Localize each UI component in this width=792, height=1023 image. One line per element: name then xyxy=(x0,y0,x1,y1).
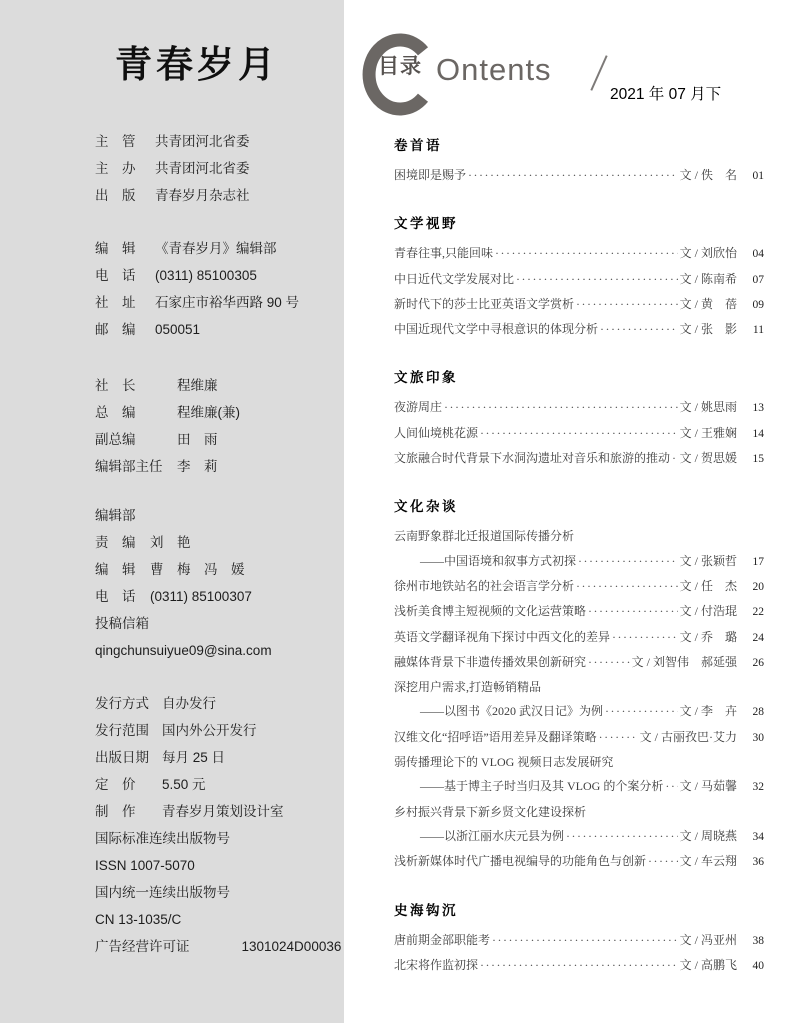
article-subtitle: ——以浙江丽水庆元县为例 xyxy=(420,824,564,848)
article-author: 文 / 周晓燕 xyxy=(680,824,737,848)
toc-item-subtitle-line: ——基于博主子时当归及其 VLOG 的个案分析文 / 马茹馨32 xyxy=(394,774,764,799)
toc-item-line: 青春往事,只能回味文 / 刘欣怡04 xyxy=(394,241,764,266)
toc-item: 中国近现代文学中寻根意识的体现分析文 / 张 影11 xyxy=(394,317,764,342)
toc-section: 文旅印象夜游周庄文 / 姚思雨13人间仙境桃花源文 / 王雅娴14文旅融合时代背… xyxy=(394,368,764,471)
toc-section: 文学视野青春往事,只能回味文 / 刘欣怡04中日近代文学发展对比文 / 陈南希0… xyxy=(394,214,764,342)
info-label: 出版日期 xyxy=(95,744,162,771)
toc-item-title-line: 弱传播理论下的 VLOG 视频日志发展研究 xyxy=(394,750,764,774)
toc-item-line: 唐前期金部职能考文 / 冯亚州38 xyxy=(394,928,764,953)
info-label: 编辑部主任 xyxy=(95,453,177,480)
info-label: 广告经营许可证 xyxy=(95,933,190,960)
toc-item: 浅析美食博主短视频的文化运营策略文 / 付浩琨22 xyxy=(394,599,764,624)
article-page-number: 22 xyxy=(746,600,764,624)
toc-item-title-line: 深挖用户需求,打造畅销精品 xyxy=(394,675,764,699)
info-value: 050051 xyxy=(155,316,200,343)
toc-list: 卷首语困境即是赐予文 / 佚 名01文学视野青春往事,只能回味文 / 刘欣怡04… xyxy=(394,136,764,978)
sidebar-info-row: 副总编田 雨 xyxy=(95,426,326,453)
info-label: 出 版 xyxy=(95,182,155,209)
info-value: 青春岁月策划设计室 xyxy=(162,798,284,825)
info-label: 总 编 xyxy=(95,399,177,426)
article-author: 文 / 任 杰 xyxy=(680,574,737,598)
dot-leader xyxy=(566,824,678,848)
article-author: 文 / 李 卉 xyxy=(680,699,737,723)
toc-item-line: 新时代下的莎士比亚英语文学赏析文 / 黄 蓓09 xyxy=(394,292,764,317)
toc-item-line: 浅析新媒体时代广播电视编导的功能角色与创新文 / 车云翔36 xyxy=(394,849,764,874)
toc-item-subtitle-line: ——以浙江丽水庆元县为例文 / 周晓燕34 xyxy=(394,824,764,849)
article-title: 困境即是赐予 xyxy=(394,163,466,187)
article-subtitle: ——以图书《2020 武汉日记》为例 xyxy=(420,699,603,723)
info-label: qingchunsuiyue09@sina.com xyxy=(95,637,272,664)
info-label: 责 编 xyxy=(95,529,150,556)
toc-content: 目录 Ontents 2021 年 07 月下 卷首语困境即是赐予文 / 佚 名… xyxy=(344,0,792,1023)
dot-leader xyxy=(648,849,678,873)
sidebar-info-row: 社 址石家庄市裕华西路 90 号 xyxy=(95,289,326,316)
sidebar-info-row: 社 长程维廉 xyxy=(95,372,326,399)
article-author: 文 / 付浩琨 xyxy=(680,599,737,623)
info-value: 曹 梅 冯 媛 xyxy=(150,556,245,583)
article-page-number: 13 xyxy=(746,396,764,420)
toc-item: 文旅融合时代背景下水洞沟遗址对音乐和旅游的推动文 / 贺思媛15 xyxy=(394,446,764,471)
info-value: 李 莉 xyxy=(177,453,218,480)
info-label: 国内统一连续出版物号 xyxy=(95,879,230,906)
toc-section: 史海钩沉唐前期金部职能考文 / 冯亚州38北宋将作监初探文 / 高鹏飞40 xyxy=(394,901,764,979)
article-title: 弱传播理论下的 VLOG 视频日志发展研究 xyxy=(394,750,613,774)
sidebar-info-row: 国际标准连续出版物号 xyxy=(95,825,326,852)
toc-item: 新时代下的莎士比亚英语文学赏析文 / 黄 蓓09 xyxy=(394,292,764,317)
dot-leader xyxy=(588,599,678,623)
dot-leader xyxy=(600,317,678,341)
sidebar-info-row: 邮 编050051 xyxy=(95,316,326,343)
toc-item-title-line: 乡村振兴背景下新乡贤文化建设探析 xyxy=(394,800,764,824)
sidebar-info-row: 编 辑《青春岁月》编辑部 xyxy=(95,235,326,262)
article-title: 汉维文化“招呼语”语用差异及翻译策略 xyxy=(394,725,597,749)
magazine-title: 青春岁月 xyxy=(115,46,326,86)
dot-leader xyxy=(516,267,678,291)
toc-section: 文化杂谈云南野象群北迁报道国际传播分析——中国语境和叙事方式初探文 / 张颖哲1… xyxy=(394,497,764,874)
article-title: 浅析新媒体时代广播电视编导的功能角色与创新 xyxy=(394,849,646,873)
toc-item: 浅析新媒体时代广播电视编导的功能角色与创新文 / 车云翔36 xyxy=(394,849,764,874)
toc-section: 卷首语困境即是赐予文 / 佚 名01 xyxy=(394,136,764,188)
article-page-number: 24 xyxy=(746,626,764,650)
dot-leader xyxy=(492,928,678,952)
info-value: 5.50 元 xyxy=(162,771,206,798)
article-page-number: 11 xyxy=(746,318,764,342)
dot-leader xyxy=(480,953,678,977)
info-value: (0311) 85100307 xyxy=(150,583,252,610)
dot-leader xyxy=(468,163,678,187)
article-author: 文 / 黄 蓓 xyxy=(680,292,737,316)
article-title: 中日近代文学发展对比 xyxy=(394,267,514,291)
section-title: 文化杂谈 xyxy=(394,497,764,517)
dot-leader xyxy=(444,395,678,419)
article-title: 英语文学翻译视角下探讨中西文化的差异 xyxy=(394,625,610,649)
toc-item-line: 文旅融合时代背景下水洞沟遗址对音乐和旅游的推动文 / 贺思媛15 xyxy=(394,446,764,471)
toc-item-subtitle-line: ——中国语境和叙事方式初探文 / 张颖哲17 xyxy=(394,549,764,574)
info-value: 石家庄市裕华西路 90 号 xyxy=(155,289,299,316)
info-value: 田 雨 xyxy=(177,426,218,453)
issue-date: 2021 年 07 月下 xyxy=(610,82,721,104)
article-page-number: 01 xyxy=(746,164,764,188)
info-label: 副总编 xyxy=(95,426,177,453)
info-value: 自办发行 xyxy=(162,690,216,717)
article-author: 文 / 冯亚州 xyxy=(680,928,737,952)
toc-header: 目录 Ontents 2021 年 07 月下 xyxy=(344,0,792,136)
sidebar-info-row: 编 辑曹 梅 冯 媛 xyxy=(95,556,326,583)
toc-item: 中日近代文学发展对比文 / 陈南希07 xyxy=(394,267,764,292)
info-value: 程维廉 xyxy=(177,372,218,399)
toc-item-line: 徐州市地铁站名的社会语言学分析文 / 任 杰20 xyxy=(394,574,764,599)
info-value: (0311) 85100305 xyxy=(155,262,257,289)
masthead-info: 主 管共青团河北省委主 办共青团河北省委出 版青春岁月杂志社编 辑《青春岁月》编… xyxy=(95,128,326,960)
toc-item: 弱传播理论下的 VLOG 视频日志发展研究——基于博主子时当归及其 VLOG 的… xyxy=(394,750,764,800)
sidebar-info-row: 电 话(0311) 85100307 xyxy=(95,583,326,610)
article-title: 深挖用户需求,打造畅销精品 xyxy=(394,675,541,699)
toc-item-title-line: 云南野象群北迁报道国际传播分析 xyxy=(394,524,764,548)
info-value: 程维廉(兼) xyxy=(177,399,240,426)
article-author: 文 / 张颖哲 xyxy=(680,549,737,573)
info-label: 国际标准连续出版物号 xyxy=(95,825,230,852)
dot-leader xyxy=(599,725,638,749)
info-label: 社 长 xyxy=(95,372,177,399)
article-author: 文 / 贺思媛 xyxy=(680,446,737,470)
article-subtitle: ——基于博主子时当归及其 VLOG 的个案分析 xyxy=(420,774,663,798)
article-author: 文 / 王雅娴 xyxy=(680,421,737,445)
info-label: 邮 编 xyxy=(95,316,155,343)
dot-leader xyxy=(605,699,678,723)
info-label: 发行方式 xyxy=(95,690,162,717)
sidebar-info-row: qingchunsuiyue09@sina.com xyxy=(95,637,326,664)
article-page-number: 32 xyxy=(746,775,764,799)
article-page-number: 40 xyxy=(746,954,764,978)
article-subtitle: ——中国语境和叙事方式初探 xyxy=(420,549,576,573)
info-value: 每月 25 日 xyxy=(162,744,225,771)
sidebar-info-row: 编辑部主任李 莉 xyxy=(95,453,326,480)
toc-item: 汉维文化“招呼语”语用差异及翻译策略文 / 古丽孜巴·艾力30 xyxy=(394,725,764,750)
section-title: 史海钩沉 xyxy=(394,901,764,921)
info-label: 电 话 xyxy=(95,262,155,289)
info-value: 青春岁月杂志社 xyxy=(155,182,250,209)
sidebar-info-row: 制 作青春岁月策划设计室 xyxy=(95,798,326,825)
toc-item-line: 困境即是赐予文 / 佚 名01 xyxy=(394,163,764,188)
article-title: 人间仙境桃花源 xyxy=(394,421,478,445)
dot-leader xyxy=(576,292,678,316)
magazine-contents-page: 青春岁月 主 管共青团河北省委主 办共青团河北省委出 版青春岁月杂志社编 辑《青… xyxy=(0,0,792,1023)
sidebar-group: 社 长程维廉总 编程维廉(兼)副总编田 雨编辑部主任李 莉 xyxy=(95,372,326,480)
article-author: 文 / 陈南希 xyxy=(680,267,737,291)
info-value: 共青团河北省委 xyxy=(155,128,250,155)
sidebar-group: 主 管共青团河北省委主 办共青团河北省委出 版青春岁月杂志社 xyxy=(95,128,326,209)
article-title: 融媒体背景下非遗传播效果创新研究 xyxy=(394,650,586,674)
logo-label: 目录 xyxy=(378,50,422,80)
article-author: 文 / 刘欣怡 xyxy=(680,241,737,265)
sidebar-info-row: 电 话(0311) 85100305 xyxy=(95,262,326,289)
article-page-number: 38 xyxy=(746,929,764,953)
toc-item-line: 人间仙境桃花源文 / 王雅娴14 xyxy=(394,421,764,446)
sidebar-info-row: 定 价5.50 元 xyxy=(95,771,326,798)
toc-item: 融媒体背景下非遗传播效果创新研究文 / 刘智伟 郝延强26 xyxy=(394,650,764,675)
info-label: 社 址 xyxy=(95,289,155,316)
article-title: 徐州市地铁站名的社会语言学分析 xyxy=(394,574,574,598)
toc-item-line: 北宋将作监初探文 / 高鹏飞40 xyxy=(394,953,764,978)
article-title: 文旅融合时代背景下水洞沟遗址对音乐和旅游的推动 xyxy=(394,446,670,470)
article-title: 青春往事,只能回味 xyxy=(394,241,493,265)
sidebar-group: 编辑部责 编刘 艳编 辑曹 梅 冯 媛电 话(0311) 85100307投稿信… xyxy=(95,502,326,664)
info-label: 制 作 xyxy=(95,798,162,825)
article-title: 北宋将作监初探 xyxy=(394,953,478,977)
article-page-number: 20 xyxy=(746,575,764,599)
toc-item: 北宋将作监初探文 / 高鹏飞40 xyxy=(394,953,764,978)
info-label: 编 辑 xyxy=(95,235,155,262)
article-title: 乡村振兴背景下新乡贤文化建设探析 xyxy=(394,800,586,824)
info-label: 定 价 xyxy=(95,771,162,798)
sidebar-info-row: 广告经营许可证1301024D00036 xyxy=(95,933,326,960)
info-value: 刘 艳 xyxy=(150,529,191,556)
article-author: 文 / 古丽孜巴·艾力 xyxy=(640,725,737,749)
article-page-number: 34 xyxy=(746,825,764,849)
section-title: 卷首语 xyxy=(394,136,764,156)
toc-item-subtitle-line: ——以图书《2020 武汉日记》为例文 / 李 卉28 xyxy=(394,699,764,724)
article-title: 唐前期金部职能考 xyxy=(394,928,490,952)
info-label: 主 办 xyxy=(95,155,155,182)
sidebar-info-row: 主 管共青团河北省委 xyxy=(95,128,326,155)
dot-leader xyxy=(576,574,678,598)
sidebar-info-row: 出 版青春岁月杂志社 xyxy=(95,182,326,209)
toc-item-line: 浅析美食博主短视频的文化运营策略文 / 付浩琨22 xyxy=(394,599,764,624)
sidebar-group: 编 辑《青春岁月》编辑部电 话(0311) 85100305社 址石家庄市裕华西… xyxy=(95,235,326,343)
article-author: 文 / 刘智伟 郝延强 xyxy=(632,650,737,674)
info-value: 共青团河北省委 xyxy=(155,155,250,182)
toc-item: 人间仙境桃花源文 / 王雅娴14 xyxy=(394,421,764,446)
article-page-number: 28 xyxy=(746,700,764,724)
contents-word: Ontents xyxy=(436,52,552,88)
sidebar-info-row: 发行范围国内外公开发行 xyxy=(95,717,326,744)
toc-item-line: 融媒体背景下非遗传播效果创新研究文 / 刘智伟 郝延强26 xyxy=(394,650,764,675)
info-label: 编辑部 xyxy=(95,502,150,529)
article-page-number: 07 xyxy=(746,268,764,292)
toc-item-line: 夜游周庄文 / 姚思雨13 xyxy=(394,395,764,420)
toc-item: 徐州市地铁站名的社会语言学分析文 / 任 杰20 xyxy=(394,574,764,599)
sidebar-group: 发行方式自办发行发行范围国内外公开发行出版日期每月 25 日定 价5.50 元制… xyxy=(95,690,326,960)
article-page-number: 30 xyxy=(746,726,764,750)
info-value: 1301024D00036 xyxy=(242,933,342,960)
slash-divider xyxy=(590,55,607,91)
toc-item: 夜游周庄文 / 姚思雨13 xyxy=(394,395,764,420)
article-author: 文 / 马茹馨 xyxy=(680,774,737,798)
dot-leader xyxy=(495,241,678,265)
dot-leader xyxy=(588,650,630,674)
article-author: 文 / 乔 璐 xyxy=(680,625,737,649)
article-author: 文 / 姚思雨 xyxy=(680,395,737,419)
toc-item-line: 汉维文化“招呼语”语用差异及翻译策略文 / 古丽孜巴·艾力30 xyxy=(394,725,764,750)
article-page-number: 09 xyxy=(746,293,764,317)
dot-leader xyxy=(578,549,678,573)
sidebar-info-row: 发行方式自办发行 xyxy=(95,690,326,717)
sidebar-info-row: 编辑部 xyxy=(95,502,326,529)
toc-item: 深挖用户需求,打造畅销精品——以图书《2020 武汉日记》为例文 / 李 卉28 xyxy=(394,675,764,725)
toc-item-line: 英语文学翻译视角下探讨中西文化的差异文 / 乔 璐24 xyxy=(394,625,764,650)
sidebar-info-row: CN 13-1035/C xyxy=(95,906,326,933)
sidebar-info-row: 出版日期每月 25 日 xyxy=(95,744,326,771)
dot-leader xyxy=(665,774,677,798)
toc-item: 云南野象群北迁报道国际传播分析——中国语境和叙事方式初探文 / 张颖哲17 xyxy=(394,524,764,574)
info-value: 国内外公开发行 xyxy=(162,717,257,744)
toc-item: 青春往事,只能回味文 / 刘欣怡04 xyxy=(394,241,764,266)
info-label: 投稿信箱 xyxy=(95,610,150,637)
info-label: 主 管 xyxy=(95,128,155,155)
article-title: 云南野象群北迁报道国际传播分析 xyxy=(394,524,574,548)
article-page-number: 36 xyxy=(746,850,764,874)
toc-item-line: 中国近现代文学中寻根意识的体现分析文 / 张 影11 xyxy=(394,317,764,342)
info-label: 电 话 xyxy=(95,583,150,610)
info-label: 编 辑 xyxy=(95,556,150,583)
article-author: 文 / 佚 名 xyxy=(680,163,737,187)
toc-item: 英语文学翻译视角下探讨中西文化的差异文 / 乔 璐24 xyxy=(394,625,764,650)
article-author: 文 / 张 影 xyxy=(680,317,737,341)
toc-item: 唐前期金部职能考文 / 冯亚州38 xyxy=(394,928,764,953)
article-title: 新时代下的莎士比亚英语文学赏析 xyxy=(394,292,574,316)
sidebar-info-row: 国内统一连续出版物号 xyxy=(95,879,326,906)
toc-item: 困境即是赐予文 / 佚 名01 xyxy=(394,163,764,188)
article-page-number: 15 xyxy=(746,447,764,471)
info-label: ISSN 1007-5070 xyxy=(95,852,195,879)
sidebar-info-row: 总 编程维廉(兼) xyxy=(95,399,326,426)
sidebar-info-row: ISSN 1007-5070 xyxy=(95,852,326,879)
sidebar-info-row: 主 办共青团河北省委 xyxy=(95,155,326,182)
article-title: 浅析美食博主短视频的文化运营策略 xyxy=(394,599,586,623)
dot-leader xyxy=(612,625,678,649)
toc-item: 乡村振兴背景下新乡贤文化建设探析——以浙江丽水庆元县为例文 / 周晓燕34 xyxy=(394,800,764,850)
info-value: 《青春岁月》编辑部 xyxy=(155,235,277,262)
info-label: 发行范围 xyxy=(95,717,162,744)
sidebar-info-row: 责 编刘 艳 xyxy=(95,529,326,556)
section-title: 文旅印象 xyxy=(394,368,764,388)
dot-leader xyxy=(672,446,678,470)
toc-item-line: 中日近代文学发展对比文 / 陈南希07 xyxy=(394,267,764,292)
sidebar-info-row: 投稿信箱 xyxy=(95,610,326,637)
info-label: CN 13-1035/C xyxy=(95,906,181,933)
article-page-number: 26 xyxy=(746,651,764,675)
article-title: 夜游周庄 xyxy=(394,395,442,419)
article-page-number: 14 xyxy=(746,422,764,446)
dot-leader xyxy=(480,421,678,445)
section-title: 文学视野 xyxy=(394,214,764,234)
article-author: 文 / 高鹏飞 xyxy=(680,953,737,977)
article-title: 中国近现代文学中寻根意识的体现分析 xyxy=(394,317,598,341)
article-page-number: 04 xyxy=(746,242,764,266)
article-page-number: 17 xyxy=(746,550,764,574)
masthead-sidebar: 青春岁月 主 管共青团河北省委主 办共青团河北省委出 版青春岁月杂志社编 辑《青… xyxy=(0,0,344,1023)
article-author: 文 / 车云翔 xyxy=(680,849,737,873)
